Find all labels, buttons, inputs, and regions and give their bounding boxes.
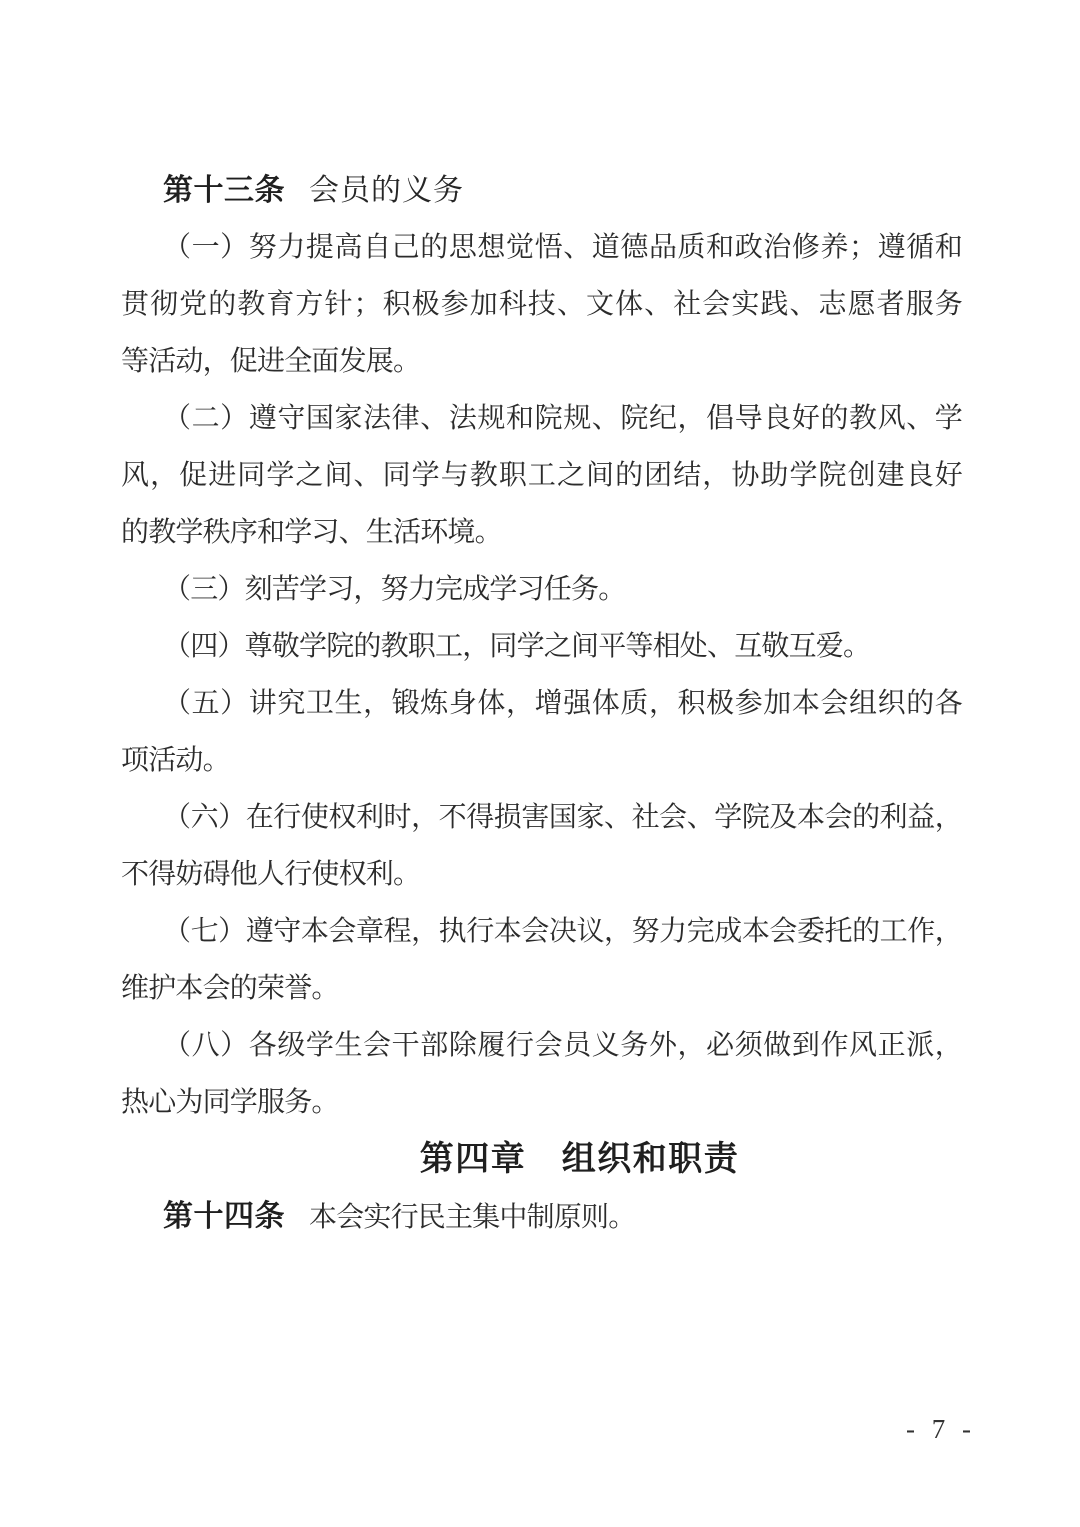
article-14-text: 本会实行民主集中制原则。 [309, 1202, 635, 1233]
clause-5-line-1: （五）讲究卫生，锻炼身体，增强体质，积极参加本会组织的各 [121, 675, 962, 732]
clause-6-line-2: 不得妨碍他人行使权利。 [121, 846, 962, 903]
clause-2-line-3: 的教学秩序和学习、生活环境。 [121, 504, 962, 561]
clause-8-line-1: （八）各级学生会干部除履行会员义务外，必须做到作风正派， [121, 1017, 962, 1074]
clause-1-line-3: 等活动，促进全面发展。 [121, 333, 962, 390]
document-page: 第十三条会员的义务 （一）努力提高自己的思想觉悟、道德品质和政治修养；遵循和 贯… [0, 0, 1080, 1527]
clause-2-line-2: 风，促进同学之间、同学与教职工之间的团结，协助学院创建良好 [121, 447, 962, 504]
article-13-number-label: 第十三条 [163, 174, 285, 207]
clause-1-line-1: （一）努力提高自己的思想觉悟、道德品质和政治修养；遵循和 [121, 219, 962, 276]
clause-3-line: （三）刻苦学习，努力完成学习任务。 [121, 561, 962, 618]
page-number: - 7 - [906, 1414, 976, 1445]
article-13-title: 会员的义务 [309, 174, 464, 207]
clause-7-line-2: 维护本会的荣誉。 [121, 960, 962, 1017]
clause-2-line-1: （二）遵守国家法律、法规和院规、院纪，倡导良好的教风、学 [121, 390, 962, 447]
document-body: 第十三条会员的义务 （一）努力提高自己的思想觉悟、道德品质和政治修养；遵循和 贯… [121, 162, 962, 1245]
article-14-number-label: 第十四条 [163, 1200, 285, 1233]
chapter-4-heading: 第四章 组织和职责 [159, 1131, 1000, 1188]
clause-5-line-2: 项活动。 [121, 732, 962, 789]
clause-4-line: （四）尊敬学院的教职工，同学之间平等相处、互敬互爱。 [121, 618, 962, 675]
clause-7-line-1: （七）遵守本会章程，执行本会决议，努力完成本会委托的工作， [121, 903, 962, 960]
article-13-heading-line: 第十三条会员的义务 [121, 162, 962, 219]
clause-1-line-2: 贯彻党的教育方针；积极参加科技、文体、社会实践、志愿者服务 [121, 276, 962, 333]
clause-8-line-2: 热心为同学服务。 [121, 1074, 962, 1131]
clause-6-line-1: （六）在行使权利时，不得损害国家、社会、学院及本会的利益， [121, 789, 962, 846]
article-14-line: 第十四条本会实行民主集中制原则。 [121, 1188, 962, 1245]
